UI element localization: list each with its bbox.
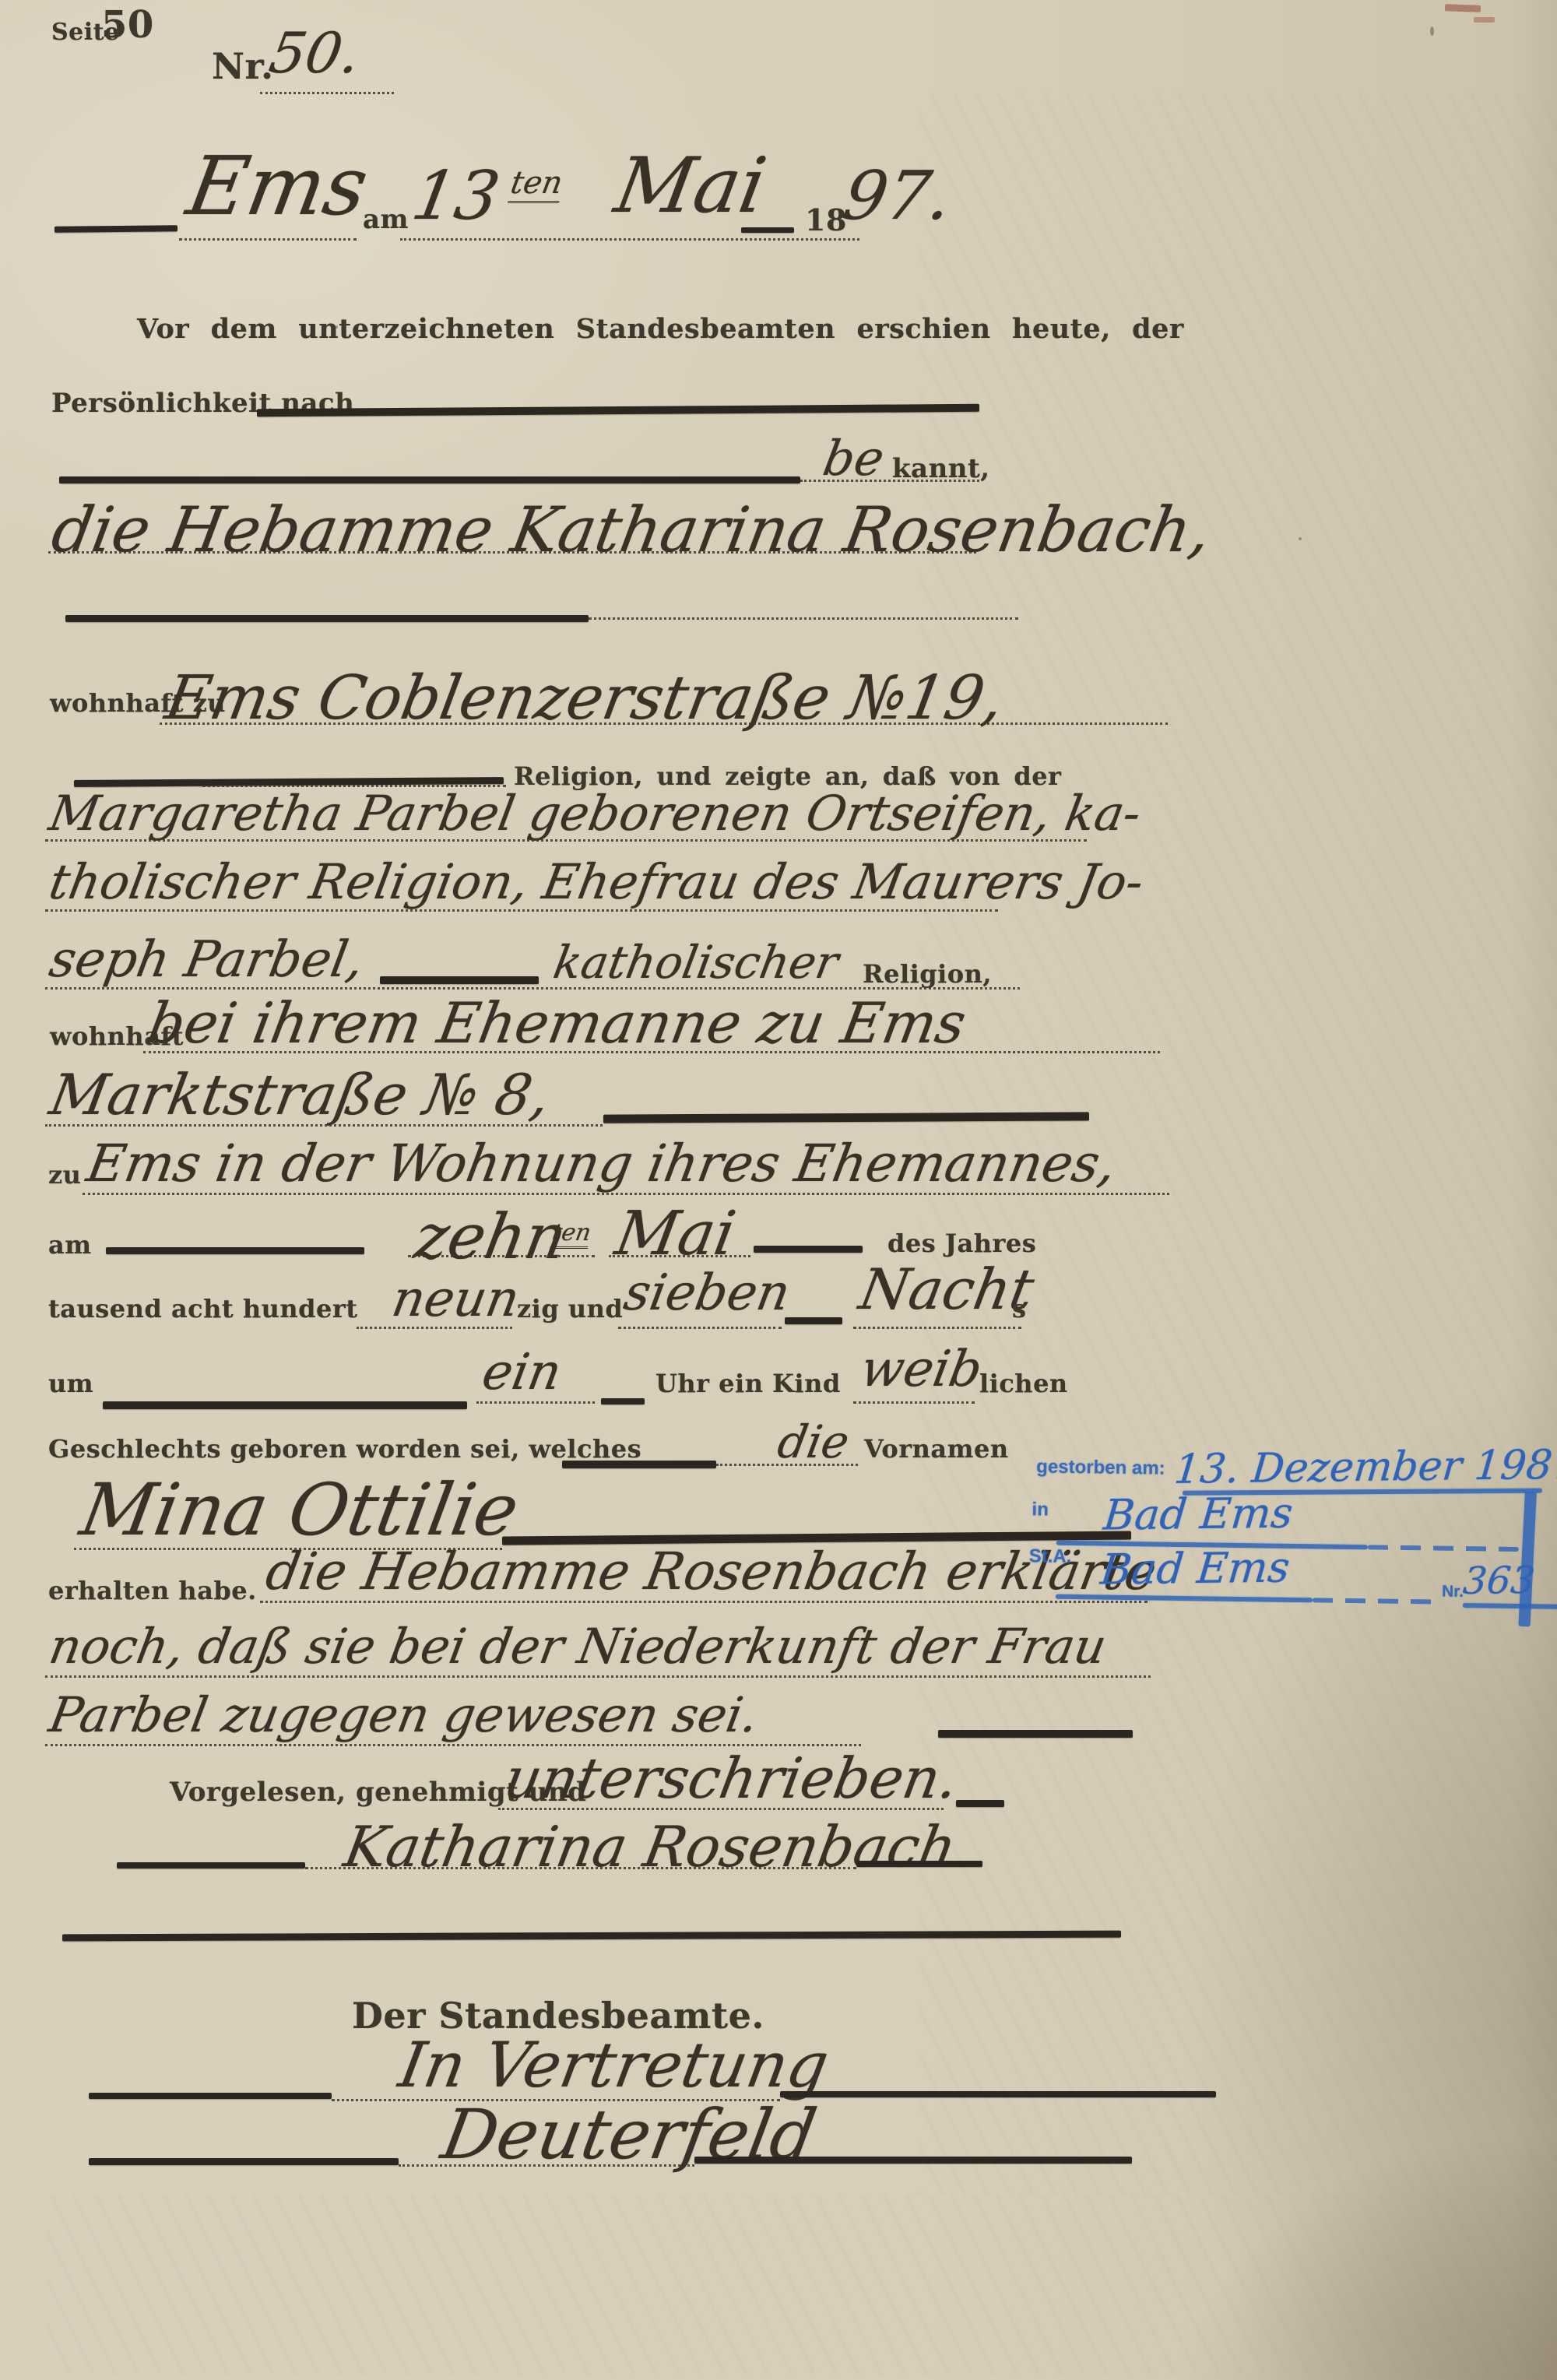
ruled-dotted-line bbox=[160, 722, 1168, 725]
year-tens-entry: neun bbox=[388, 1271, 524, 1328]
stamp-in-label: in bbox=[1032, 1499, 1049, 1520]
form-zig-und: zig und bbox=[517, 1294, 623, 1324]
filler-dash bbox=[601, 1398, 645, 1404]
ruled-dotted-line bbox=[179, 238, 357, 241]
strikethrough-blank bbox=[65, 615, 589, 622]
stamp-gestorben-label: gestorben am: bbox=[1036, 1456, 1165, 1479]
ruled-dotted-line bbox=[618, 1327, 782, 1329]
stamp-underline-dashed bbox=[1368, 1545, 1519, 1552]
ruled-dotted-line bbox=[260, 1601, 1148, 1603]
filler-dash bbox=[89, 2158, 399, 2165]
closing-entry-3: Parbel zugegen gewesen sei. bbox=[45, 1686, 763, 1743]
ruled-dotted-line bbox=[83, 1193, 1169, 1195]
form-erhalten-habe: erhalten habe. bbox=[48, 1576, 257, 1605]
form-geschlechts: Geschlechts geboren worden sei, welches bbox=[48, 1434, 641, 1464]
ruled-dotted-line bbox=[45, 987, 1020, 990]
page-number: 50 bbox=[101, 3, 154, 47]
filler-dash bbox=[741, 227, 794, 233]
stamp-underline bbox=[1463, 1603, 1557, 1609]
date-day: 13 bbox=[406, 157, 505, 235]
filler-dash bbox=[780, 2091, 1216, 2097]
strikethrough-blank bbox=[562, 1461, 716, 1468]
hour-entry: ein bbox=[478, 1344, 566, 1401]
filler-dash bbox=[956, 1800, 1004, 1807]
form-lichen: lichen bbox=[979, 1369, 1068, 1398]
form-zu: zu bbox=[48, 1160, 81, 1190]
strikethrough-blank bbox=[257, 404, 979, 417]
ruled-dotted-line bbox=[45, 839, 1087, 842]
form-word-am: am bbox=[363, 204, 409, 235]
filler-dash bbox=[856, 1861, 982, 1867]
date-day-suffix: ten bbox=[508, 165, 565, 203]
form-day-time-suffix: s bbox=[1012, 1294, 1027, 1324]
father-entry: seph Parbel, bbox=[45, 931, 368, 989]
mother-residence-entry: bei ihrem Ehemanne zu Ems bbox=[143, 990, 971, 1056]
filler-dash bbox=[89, 2093, 332, 2099]
ruled-dotted-line bbox=[143, 1051, 1160, 1053]
form-des-jahres: des Jahres bbox=[887, 1229, 1036, 1258]
ruled-dotted-line bbox=[853, 1327, 1021, 1329]
article-die-entry: die bbox=[774, 1415, 853, 1468]
ruled-dotted-line bbox=[408, 1255, 595, 1257]
birth-place-entry: Ems in der Wohnung ihres Ehemannes, bbox=[83, 1134, 1121, 1194]
form-tausend: tausend acht hundert bbox=[48, 1294, 358, 1324]
strikethrough-blank bbox=[106, 1247, 364, 1254]
birth-register-scan: Seite 50 Nr. 50. Ems am 13 ten Mai 18 97… bbox=[0, 0, 1557, 2380]
strikethrough-blank bbox=[62, 1931, 1121, 1942]
stamp-death-date: 13. Dezember 1987 bbox=[1172, 1442, 1557, 1493]
entry-be: be bbox=[819, 430, 888, 487]
birth-month-entry: Mai bbox=[610, 1199, 740, 1269]
ruled-dotted-line bbox=[357, 1327, 512, 1329]
closing-entry-2: noch, daß sie bei der Niederkunft der Fr… bbox=[45, 1618, 1111, 1675]
form-uhr-ein-kind: Uhr ein Kind bbox=[655, 1369, 841, 1398]
date-month: Mai bbox=[609, 142, 772, 230]
birth-day-suffix: ten bbox=[550, 1219, 593, 1249]
witness-signature: Katharina Rosenbach bbox=[339, 1814, 961, 1879]
form-am2: am bbox=[48, 1230, 92, 1260]
form-kannt: kannt, bbox=[892, 453, 990, 484]
red-corner-mark bbox=[1474, 17, 1495, 23]
ruled-dotted-line bbox=[498, 1808, 944, 1810]
filler-dash bbox=[117, 1862, 305, 1868]
stamp-death-place: Bad Ems bbox=[1102, 1489, 1295, 1540]
filler-dash bbox=[785, 1317, 842, 1324]
place-entry: Ems bbox=[181, 139, 374, 234]
form-um: um bbox=[48, 1369, 93, 1398]
ruled-dotted-line bbox=[45, 1675, 1151, 1678]
ruled-dotted-line bbox=[589, 617, 1018, 620]
year-units-entry: sieben bbox=[620, 1264, 794, 1322]
filler-dash bbox=[754, 1246, 863, 1253]
date-year: 97. bbox=[838, 157, 958, 235]
ruled-dotted-line bbox=[260, 92, 394, 94]
day-time-entry: Nacht bbox=[855, 1257, 1039, 1322]
mother-street-entry: Marktstraße № 8, bbox=[45, 1062, 555, 1127]
mother-entry-line2: tholischer Religion, Ehefrau des Maurers… bbox=[45, 853, 1148, 910]
in-vertretung-entry: In Vertretung bbox=[394, 2029, 834, 2101]
form-intro-line: Vor dem unterzeichneten Standesbeamten e… bbox=[137, 313, 1184, 345]
record-number-label: Nr. bbox=[212, 45, 274, 87]
filler-dash bbox=[938, 1730, 1133, 1738]
bleed-through-texture bbox=[47, 2195, 1526, 2375]
filler-dash bbox=[694, 2157, 1132, 2164]
ruled-dotted-line bbox=[48, 551, 976, 554]
ruled-dotted-line bbox=[45, 1124, 603, 1127]
death-registration-stamp: gestorben am: 13. Dezember 1987 in Bad E… bbox=[1025, 1444, 1557, 1635]
ruled-dotted-line bbox=[476, 1401, 595, 1404]
stamp-nr-label: Nr. bbox=[1442, 1583, 1464, 1601]
strikethrough-blank bbox=[54, 225, 177, 233]
ruled-dotted-line bbox=[853, 1401, 975, 1404]
form-religion2: Religion, bbox=[863, 959, 992, 989]
gender-entry: weib bbox=[856, 1341, 986, 1398]
child-name-entry: Mina Ottilie bbox=[75, 1468, 525, 1552]
ruled-dotted-line bbox=[45, 909, 998, 912]
stamp-underline bbox=[1056, 1594, 1313, 1603]
strikethrough-blank bbox=[603, 1112, 1089, 1123]
stamp-sta-label: St.A. bbox=[1028, 1545, 1071, 1568]
strikethrough-blank bbox=[103, 1401, 467, 1409]
stamp-registry-office: Bad Ems bbox=[1098, 1543, 1292, 1594]
ruled-dotted-line bbox=[609, 1255, 750, 1257]
birth-day-entry: zehn bbox=[409, 1201, 572, 1273]
strikethrough-blank bbox=[59, 476, 800, 483]
record-number-value: 50. bbox=[265, 20, 365, 86]
filler-dash bbox=[380, 976, 539, 984]
stamp-underline-dashed bbox=[1313, 1598, 1439, 1604]
form-vornamen: Vornamen bbox=[864, 1434, 1009, 1464]
ruled-dotted-line bbox=[400, 238, 859, 241]
unterschrieben-entry: unterschrieben. bbox=[500, 1745, 963, 1811]
red-corner-mark bbox=[1445, 4, 1481, 12]
declarant-entry: die Hebamme Katharina Rosenbach, bbox=[47, 494, 1217, 566]
father-religion-entry: katholischer bbox=[550, 936, 842, 989]
mother-entry-line1: Margaretha Parbel geborenen Ortseifen, k… bbox=[45, 785, 1145, 842]
